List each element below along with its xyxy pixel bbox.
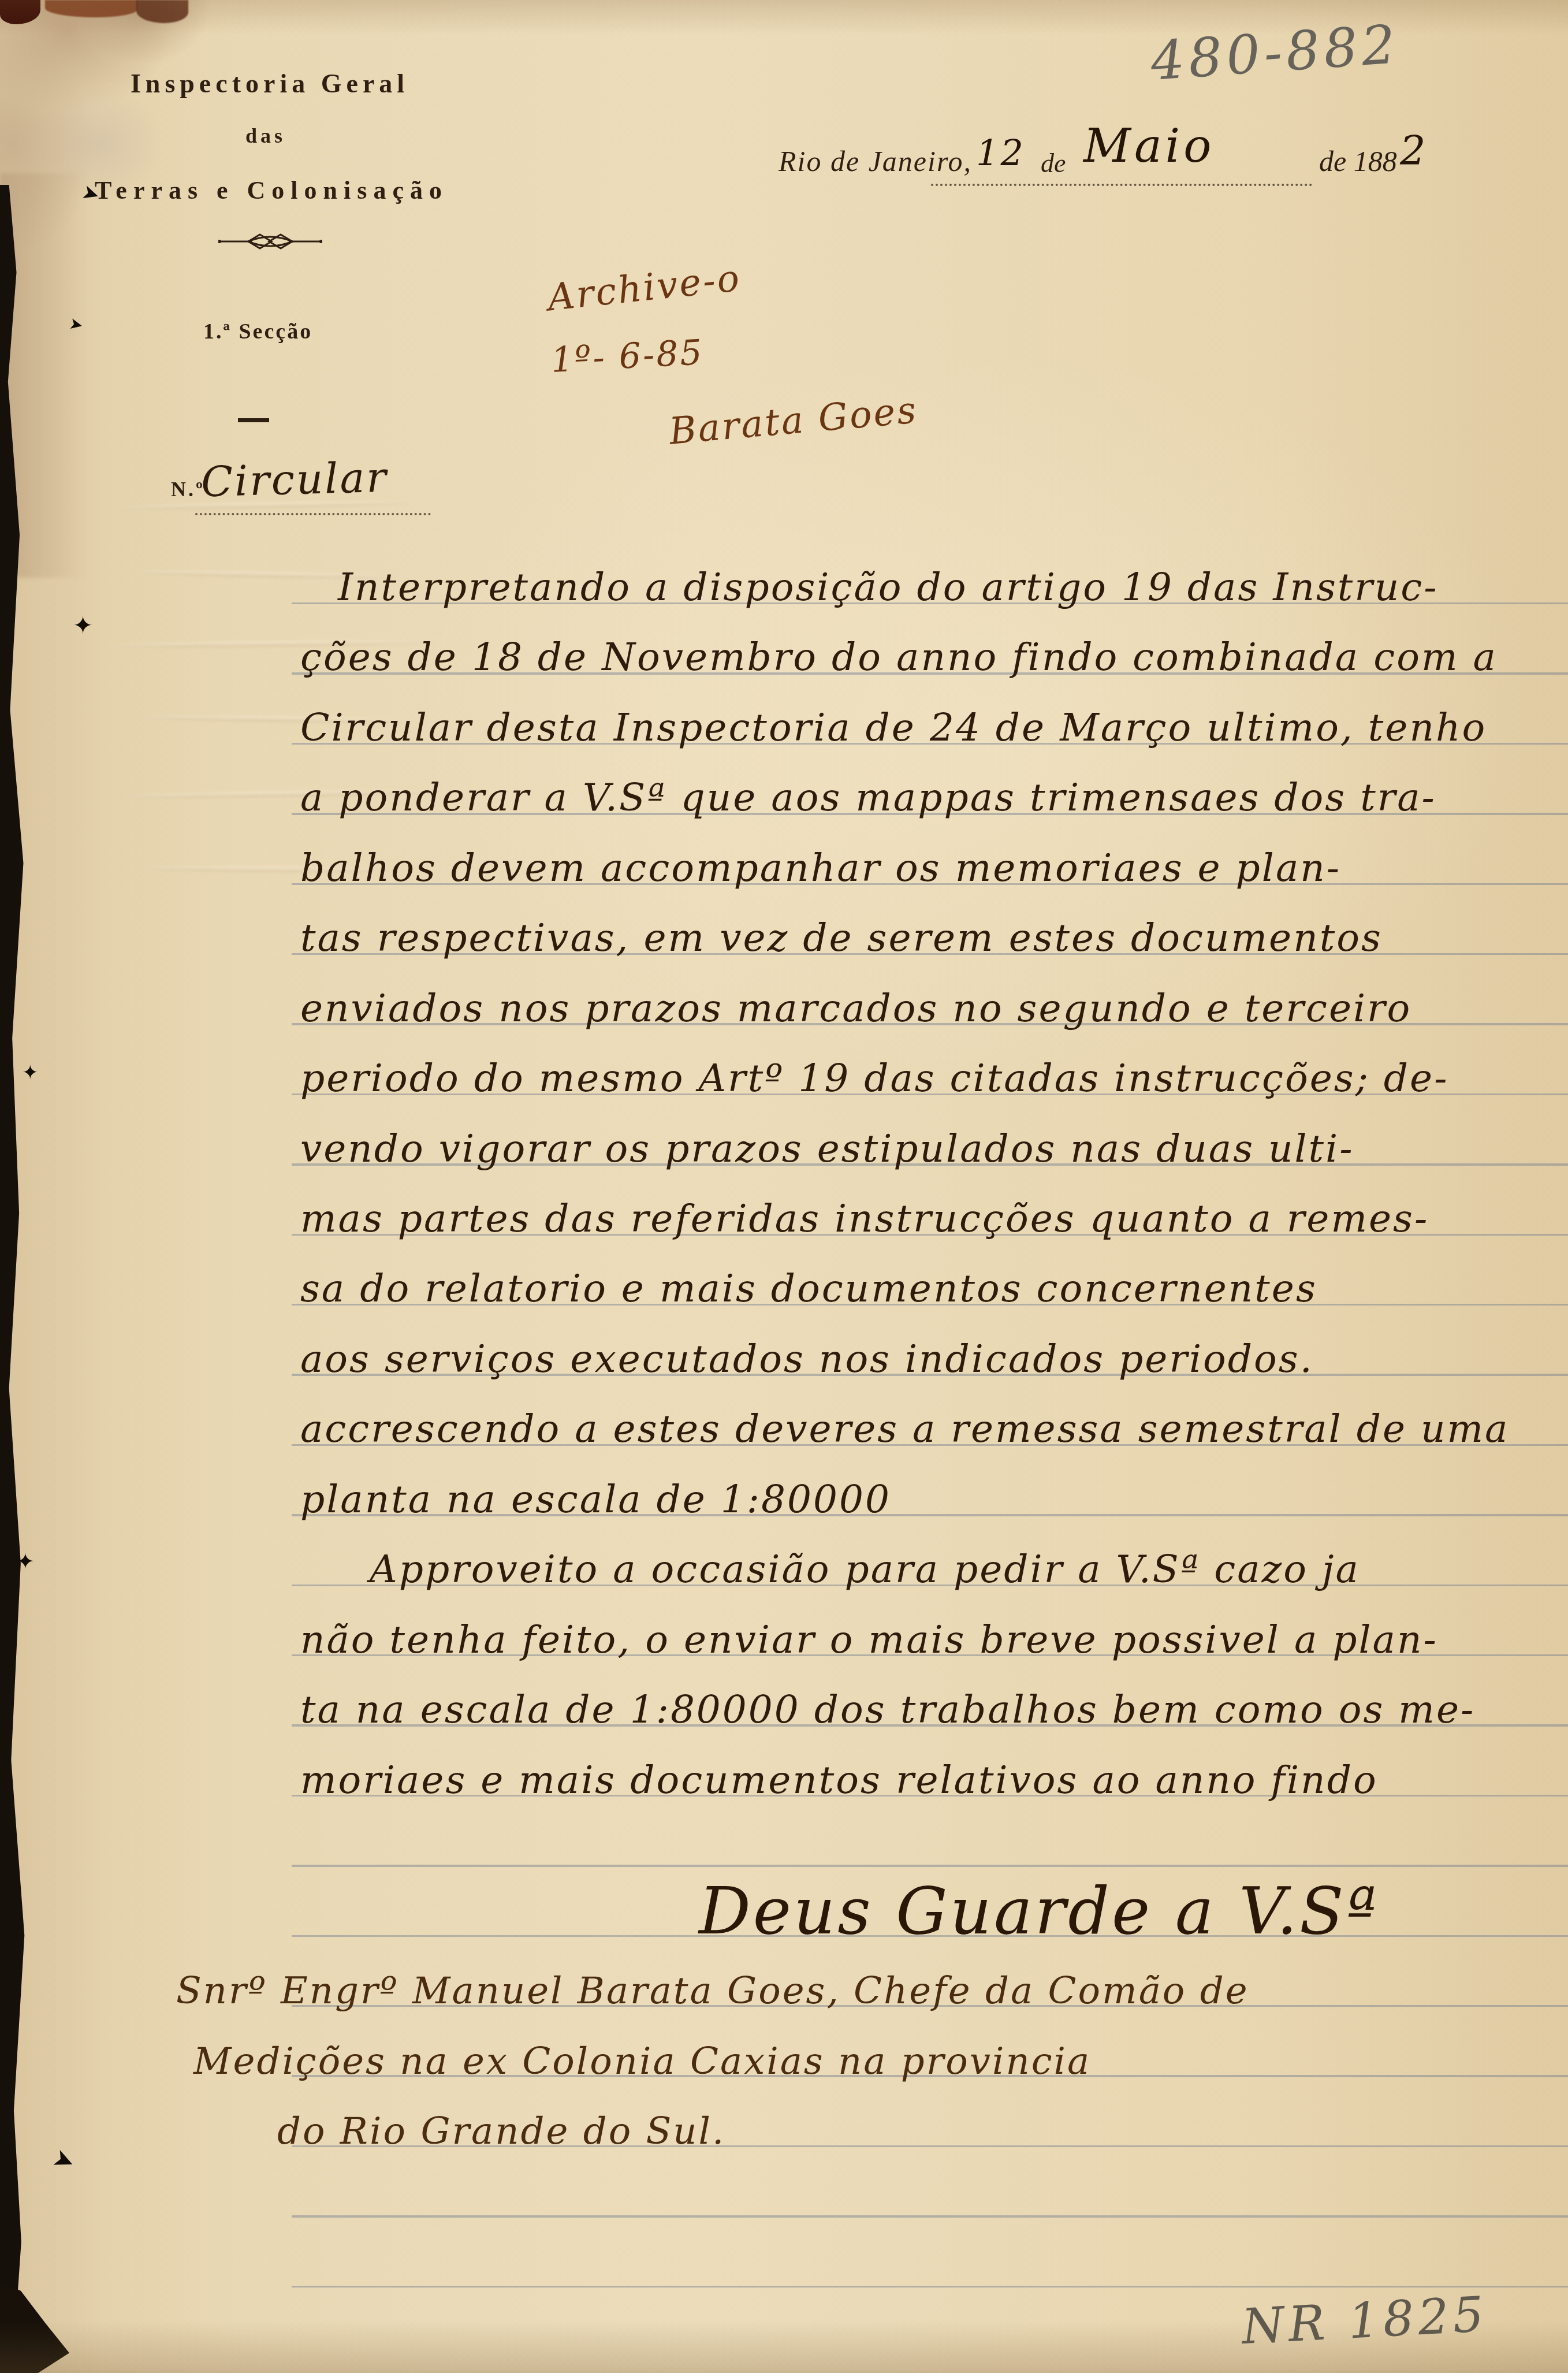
scanned-letter-page: ➤ ➤ ✦ ✦ ✦ ➤ Inspectoria Geral das Terras… xyxy=(0,0,1568,2373)
manuscript-line: planta na escala de 1:80000 xyxy=(300,1477,891,1522)
letterhead-org-line2: das xyxy=(245,124,286,148)
letterhead-section: 1.ª Secção xyxy=(203,319,312,344)
archive-note-signature: Barata Goes xyxy=(668,389,919,453)
ink-blot: ✦ xyxy=(22,1063,39,1083)
manuscript-line: Circular desta Inspectoria de 24 de Març… xyxy=(300,705,1487,750)
manuscript-line: não tenha feito, o enviar o mais breve p… xyxy=(300,1617,1438,1662)
closing-salutation: Deus Guarde a V.Sª xyxy=(699,1874,1379,1949)
archive-note-line1: Archive-o xyxy=(546,257,743,320)
addressee-line: do Rio Grande do Sul. xyxy=(277,2110,725,2153)
manuscript-line: enviados nos prazos marcados no segundo … xyxy=(300,986,1411,1031)
number-value-handwritten: Circular xyxy=(200,453,389,506)
manuscript-line: balhos devem accompanhar os memoriaes e … xyxy=(300,846,1341,890)
manuscript-line: tas respectivas, em vez de serem estes d… xyxy=(300,916,1383,960)
dateline-year-digit-handwritten: 2 xyxy=(1400,127,1428,174)
addressee-line: Snrº Engrº Manuel Barata Goes, Chefe da … xyxy=(176,1970,1249,2013)
archive-note-line2: 1º- 6-85 xyxy=(550,332,705,381)
manuscript-line: Interpretando a disposição do artigo 19 … xyxy=(338,565,1439,609)
date-fill-line xyxy=(931,157,1312,186)
letterhead-dash xyxy=(238,418,269,422)
manuscript-line: mas partes das referidas instrucções qua… xyxy=(300,1196,1429,1241)
manuscript-line: aos serviços executados nos indicados pe… xyxy=(300,1337,1314,1381)
letterhead-flourish-ornament xyxy=(218,231,322,252)
manuscript-line: moriaes e mais documentos relativos ao a… xyxy=(300,1758,1378,1802)
ink-blot: ✦ xyxy=(16,1550,35,1572)
manuscript-line: ta na escala de 1:80000 dos trabalhos be… xyxy=(300,1687,1475,1732)
manuscript-line: Approveito a occasião para pedir a V.Sª … xyxy=(370,1547,1360,1591)
manuscript-line: a ponderar a V.Sª que aos mappas trimens… xyxy=(300,775,1436,820)
manuscript-line: ções de 18 de Novembro do anno findo com… xyxy=(300,635,1498,679)
manuscript-line: periodo do mesmo Artº 19 das citadas ins… xyxy=(300,1056,1448,1100)
addressee-line: Medições na ex Colonia Caxias na provinc… xyxy=(193,2040,1091,2083)
manuscript-line: accrescendo a estes deveres a remessa se… xyxy=(300,1407,1509,1451)
manuscript-line: sa do relatorio e mais documentos concer… xyxy=(300,1266,1317,1311)
ink-blot: ✦ xyxy=(73,613,93,638)
dateline-year-prefix: de 188 xyxy=(1319,144,1397,178)
manuscript-line: vendo vigorar os prazos estipulados nas … xyxy=(300,1126,1354,1171)
letterhead-org-line1: Inspectoria Geral xyxy=(131,68,409,99)
ink-blot: ➤ xyxy=(49,2144,79,2176)
letterhead-org-line3: Terras e Colonisação xyxy=(95,176,448,205)
